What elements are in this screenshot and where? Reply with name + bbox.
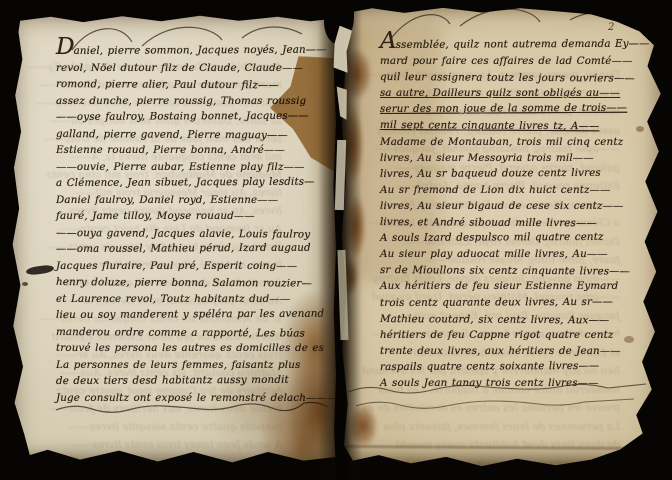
left-page: Assemblée, quilz nont autrema demanda Ey… — [12, 14, 336, 466]
manuscript-line: livres, Au sieur bigaud de cese six cent… — [380, 198, 658, 214]
manuscript-line: Juge consultz ont exposé le remonstré de… — [56, 390, 334, 407]
manuscript-line: quil leur assignera toutz les jours ouvr… — [380, 69, 658, 87]
ink-dot — [22, 282, 28, 286]
manuscript-line: manderou ordre comme a rapporté, Les búa… — [56, 324, 334, 342]
manuscript-line: trois centz quarante deux livres, Au sr—… — [380, 293, 658, 311]
manuscript-line: de deux tiers desd habitantz aussy mondi… — [56, 372, 334, 390]
manuscript-text-right: Assemblée, quilz nont autrema demanda Ey… — [380, 36, 658, 391]
manuscript-line: Estienne rouaud, Pierre bonna, André—— — [56, 142, 334, 159]
stain-rust-c — [346, 194, 366, 258]
manuscript-line: ——oyse faulroy, Bostaing bonnet, Jacques… — [56, 108, 334, 126]
manuscript-line: raspails quatre centz soixante livres—— — [0, 418, 282, 436]
manuscript-line: Assemblée, quilz nont autrema demanda Ey… — [380, 35, 658, 54]
right-page: Daniel, pierre sommon, Jacques noyés, Je… — [340, 6, 662, 468]
manuscript-line: Au sieur play aduocat mille livres, Au—— — [380, 246, 658, 262]
manuscript-line: Aux héritiers de feu sieur Estienne Eyma… — [380, 278, 658, 294]
stain-rust-e — [348, 404, 378, 448]
manuscript-line: A souls Izard despulsco mil quatre centz — [380, 229, 658, 247]
manuscript-line: A souls Jean tanay trois centz livres—— — [0, 436, 282, 454]
manuscript-line: Daniel faulroy, Daniel royd, Estienne—— — [56, 192, 334, 209]
manuscript-line: a Clémence, Jean sibuet, Jacques play le… — [56, 174, 334, 192]
manuscript-line: Mathieu coutard, six centz livres, Aux—— — [380, 311, 658, 329]
stain-rust-b — [340, 106, 364, 184]
manuscript-line: mil sept centz cinquante livres tz, A—— — [380, 117, 658, 135]
manuscript-line: Daniel, pierre sommon, Jacques noyés, Je… — [56, 41, 334, 60]
page-number: 2 — [608, 22, 614, 33]
manuscript-line: Au sr fremond de Lion dix huict centz—— — [380, 182, 658, 198]
fold-crease — [346, 445, 646, 450]
manuscript-text-left: Daniel, pierre sommon, Jacques noyés, Je… — [56, 42, 334, 406]
manuscript-line: livres, Au sr baqueud douze centz livres — [380, 164, 658, 182]
manuscript-line: ——ouvie, Pierre aubar, Estienne play fil… — [56, 159, 334, 176]
manuscript-line: revol, Nöel dutour filz de Claude, Claud… — [56, 60, 334, 77]
manuscript-line: lieu ou soy manderent y spéléra par les … — [56, 306, 334, 324]
manuscript-line: et Laurence revol, Toutz habitantz dud—— — [56, 291, 334, 308]
manuscript-line: fauré, Jame tilloy, Moyse rouaud—— — [56, 208, 334, 225]
manuscript-line: héritiers de feu Cappne rigot quatre cen… — [380, 327, 658, 343]
manuscript-line: sr de Mioullons six centz cinquante livr… — [380, 262, 658, 280]
stain-rust-d — [342, 258, 358, 296]
manuscript-line: trente deux livres, aux héritiers de Jea… — [380, 343, 658, 359]
manuscript-line: galland, pierre gavend, Pierre maguay—— — [56, 126, 334, 144]
manuscript-line: romond, pierre alier, Paul dutour filz—— — [56, 76, 334, 94]
manuscript-line: henry doluze, pierre bonna, Salamon rouz… — [56, 274, 334, 292]
ink-smudge — [26, 264, 55, 276]
manuscript-line: Jacques fluraire, Paul pré, Esperit coin… — [56, 258, 334, 275]
manuscript-line: ——oma roussel, Mathieu pérud, Izard auga… — [56, 240, 334, 258]
manuscript-line: mard pour faire ces affaires de lad Comt… — [380, 53, 658, 69]
manuscript-line: La personnes de leurs femmes, faisantz p… — [56, 357, 334, 374]
manuscript-line: assez dunche, pierre roussig, Thomas rou… — [56, 93, 334, 110]
manuscript-line: Madame de Montauban, trois mil cinq cent… — [380, 134, 658, 150]
manuscript-line: livres, Au sieur Messoyria trois mil—— — [380, 150, 658, 166]
manuscript-line: A souls Jean tanay trois centz livres—— — [380, 375, 658, 391]
manuscript-line: serur des mon joue de la somme de trois—… — [380, 100, 658, 118]
stain-rust-a — [342, 48, 372, 100]
manuscript-line: trouvé les persona les autres es domicil… — [56, 340, 334, 357]
manuscript-line: raspails quatre centz soixante livres—— — [380, 357, 658, 375]
manuscript-photo: Assemblée, quilz nont autrema demanda Ey… — [0, 0, 672, 480]
